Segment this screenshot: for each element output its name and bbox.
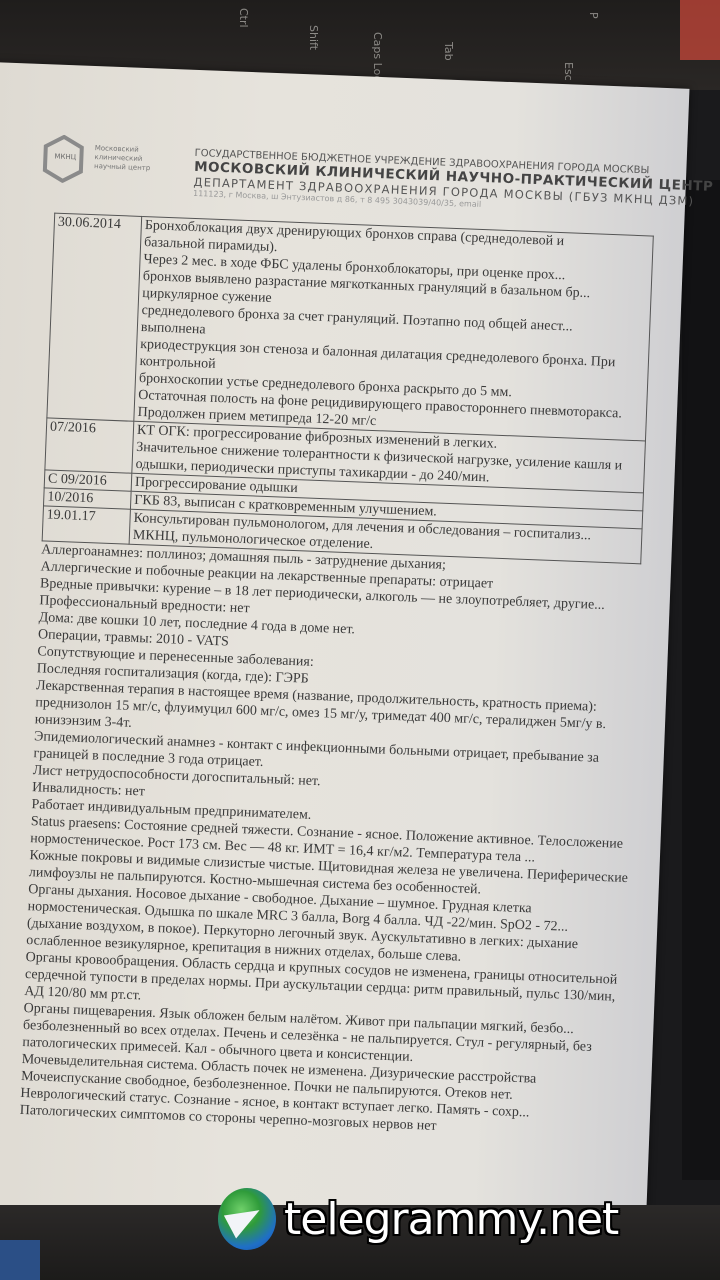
background-dark-edge <box>682 180 720 1180</box>
red-object <box>680 0 720 60</box>
telegram-globe-icon <box>218 1188 276 1250</box>
key-shift: Shift <box>307 25 320 50</box>
mknc-logo: МКНЦ <box>41 134 85 184</box>
key-p: P <box>587 12 600 19</box>
history-date: 30.06.2014 <box>47 213 142 421</box>
intel-core-sticker <box>0 1240 40 1280</box>
document-body: 30.06.2014Бронхоблокация двух дренирующи… <box>19 213 653 1142</box>
history-date: 07/2016 <box>45 418 134 473</box>
medical-document-page: МКНЦ Московский клинический научный цент… <box>0 62 689 1238</box>
paper-plane-icon <box>224 1200 266 1239</box>
organization-name: ГОСУДАРСТВЕННОЕ БЮДЖЕТНОЕ УЧРЕЖДЕНИЕ ЗДР… <box>193 148 714 218</box>
anamnesis-paragraphs: Аллергоанамнез: поллиноз; домашняя пыль … <box>19 541 641 1142</box>
key-esc: Esc <box>562 62 575 81</box>
logo-abbreviation: МКНЦ <box>54 153 76 162</box>
medical-history-table: 30.06.2014Бронхоблокация двух дренирующи… <box>42 213 654 565</box>
history-row: 30.06.2014Бронхоблокация двух дренирующи… <box>47 213 653 441</box>
key-ctrl: Ctrl <box>237 8 250 28</box>
watermark: telegrammy.net <box>218 1188 618 1250</box>
history-date: 19.01.17 <box>42 506 130 544</box>
key-tab: Tab <box>442 42 455 61</box>
history-description: Бронхоблокация двух дренирующих бронхов … <box>134 216 653 441</box>
logo-caption-line: научный центр <box>94 162 151 173</box>
logo-caption: Московский клинический научный центр <box>94 144 151 173</box>
watermark-text: telegrammy.net <box>284 1194 618 1245</box>
